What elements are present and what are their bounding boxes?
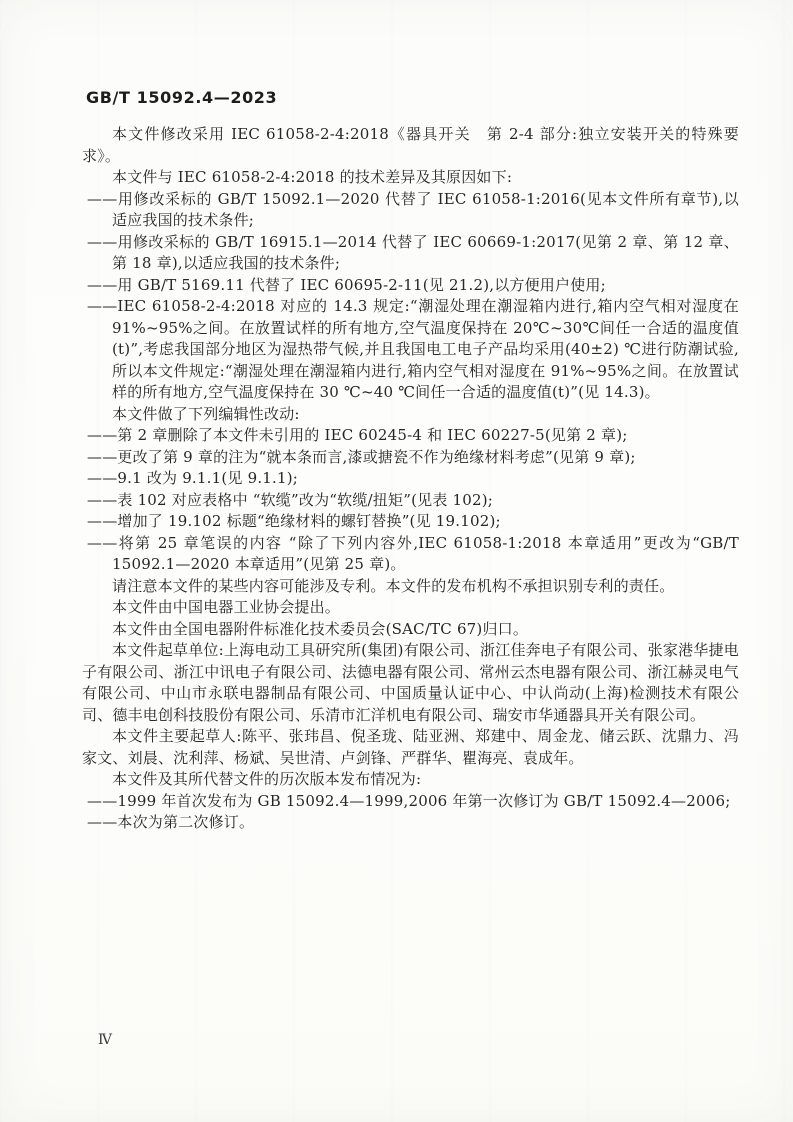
- list-item: ——9.1 改为 9.1.1(见 9.1.1);: [82, 468, 739, 490]
- paragraph: 本文件主要起草人:陈平、张玮昌、倪圣珑、陆亚洲、郑建中、周金龙、储云跃、沈鼎力、…: [82, 726, 739, 769]
- list-item: ——1999 年首次发布为 GB 15092.4—1999,2006 年第一次修…: [82, 791, 739, 813]
- paragraph: 本文件做了下列编辑性改动:: [82, 404, 739, 426]
- list-item: ——用修改采标的 GB/T 16915.1—2014 代替了 IEC 60669…: [82, 232, 739, 275]
- list-item: ——第 2 章删除了本文件未引用的 IEC 60245-4 和 IEC 6022…: [82, 425, 739, 447]
- list-item: ——IEC 61058-2-4:2018 对应的 14.3 规定:“潮湿处理在潮…: [82, 296, 739, 404]
- list-item: ——用修改采标的 GB/T 15092.1—2020 代替了 IEC 61058…: [82, 189, 739, 232]
- paragraph: 本文件由全国电器附件标准化技术委员会(SAC/TC 67)归口。: [82, 619, 739, 641]
- list-item: ——将第 25 章笔误的内容 “除了下列内容外,IEC 61058-1:2018…: [82, 533, 739, 576]
- paragraph: 本文件及其所代替文件的历次版本发布情况为:: [82, 769, 739, 791]
- paragraph: 本文件由中国电器工业协会提出。: [82, 597, 739, 619]
- list-item: ——表 102 对应表格中 “软缆”改为“软缆/扭矩”(见表 102);: [82, 490, 739, 512]
- document-page: GB/T 15092.4—2023 本文件修改采用 IEC 61058-2-4:…: [0, 0, 793, 1122]
- paragraph: 请注意本文件的某些内容可能涉及专利。本文件的发布机构不承担识别专利的责任。: [82, 576, 739, 598]
- list-item: ——用 GB/T 5169.11 代替了 IEC 60695-2-11(见 21…: [82, 275, 739, 297]
- list-item: ——本次为第二次修订。: [82, 812, 739, 834]
- document-body: 本文件修改采用 IEC 61058-2-4:2018《器具开关 第 2-4 部分…: [82, 124, 739, 834]
- paragraph: 本文件起草单位:上海电动工具研究所(集团)有限公司、浙江佳奔电子有限公司、张家港…: [82, 640, 739, 726]
- standard-number-header: GB/T 15092.4—2023: [86, 88, 277, 107]
- list-item: ——更改了第 9 章的注为“就本条而言,漆或搪瓷不作为绝缘材料考虑”(见第 9 …: [82, 447, 739, 469]
- paragraph: 本文件与 IEC 61058-2-4:2018 的技术差异及其原因如下:: [82, 167, 739, 189]
- list-item: ——增加了 19.102 标题“绝缘材料的螺钉替换”(见 19.102);: [82, 511, 739, 533]
- page-number: Ⅳ: [98, 1032, 112, 1048]
- paragraph: 本文件修改采用 IEC 61058-2-4:2018《器具开关 第 2-4 部分…: [82, 124, 739, 167]
